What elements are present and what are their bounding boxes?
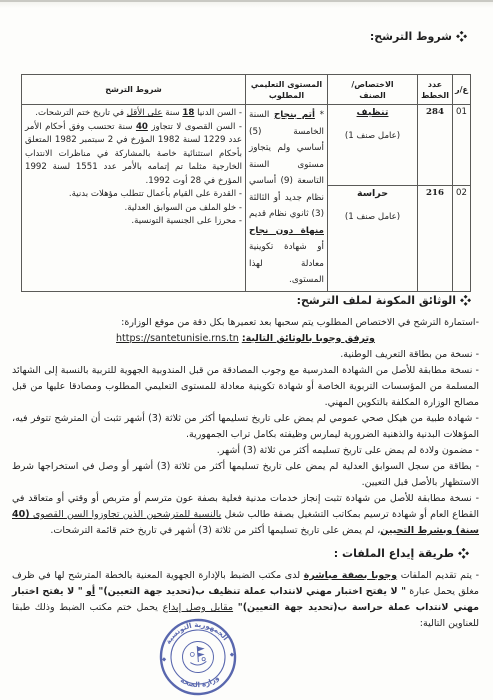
text-segment: - مضمون ولادة لم يمض على تاريخ تسليمه أك… <box>217 445 479 456</box>
column-header-row-number: ع/ر <box>453 75 471 105</box>
section-marker-icon <box>460 295 471 306</box>
condition-line: - محرزا على الجنسية التونسية. <box>25 215 242 229</box>
text-segment: https://santetunisie.rns.tn <box>116 333 239 344</box>
text-segment: ، لم يمض على تاريخ تسليمها أكثر من ثلاثة… <box>50 525 380 536</box>
condition-line: - السن الدنيا 18 سنة على الأقل في تاريخ … <box>25 107 242 121</box>
text-segment: -استمارة الترشح في الاختصاص المطلوب يتم … <box>121 317 479 328</box>
text-segment: - محرزا على الجنسية التونسية. <box>131 216 242 226</box>
text-segment: " لا يفتح اختبار مهني لانتداب عملة تنظيف… <box>98 586 406 597</box>
specialty-grade: (عامل صنف 1) <box>345 131 400 141</box>
column-header-posts-count: عدد الخطط <box>418 75 453 105</box>
text-segment: أو شهادة تكوينية معادلة لهذا المستوى. <box>249 242 324 285</box>
text-segment: أو <box>86 586 95 597</box>
section-title-text: الوثائق المكونة لملف الترشح: <box>297 294 456 307</box>
text-segment: - السن الدنيا <box>194 108 242 118</box>
table-header-row: ع/ر عدد الخطط الاختصاص/ الصنف المستوى ال… <box>22 75 471 105</box>
text-segment: منهاة دون نجاح <box>249 226 324 236</box>
row-number-cell: 02 <box>453 186 471 291</box>
specialty-name: تنظيف <box>357 107 389 118</box>
posts-count-cell: 284 <box>418 105 453 186</box>
ministry-website-line: وترفق وجوبا بالوثائق التالية: https://sa… <box>12 331 479 347</box>
conditions-cell: - السن الدنيا 18 سنة على الأقل في تاريخ … <box>22 105 246 292</box>
condition-line: - خلو الملف من السوابق العدلية. <box>25 202 242 216</box>
text-segment: 18 <box>182 108 194 118</box>
text-segment: على الأقل <box>127 108 163 118</box>
document-item: - نسخة مطابقة للأصل من الشهادة المدرسية … <box>12 363 479 411</box>
document-item: - نسخة مطابقة للأصل من شهادة تثبت إنجاز … <box>12 491 479 539</box>
recruitment-table: ع/ر عدد الخطط الاختصاص/ الصنف المستوى ال… <box>21 74 471 292</box>
column-header-education-level: المستوى التعليمي المطلوب <box>246 75 328 105</box>
column-header-conditions: شروط الترشح <box>22 75 246 105</box>
svg-text:وزارة الصحة: وزارة الصحة <box>178 674 221 691</box>
text-segment: 40 <box>136 122 148 132</box>
text-segment: - يتم تقديم الملفات <box>397 570 479 581</box>
text-segment: - شهادة طبية من هيكل صحي عمومي لم يمض عل… <box>12 413 479 440</box>
document-item: - نسخة من بطاقة التعريف الوطنية. <box>12 347 479 363</box>
specialty-grade: (عامل صنف 1) <box>345 212 400 222</box>
text-segment: وجوبا بصفة مباشرة <box>304 570 397 581</box>
submission-section-body: - يتم تقديم الملفات وجوبا بصفة مباشرة لد… <box>12 568 479 632</box>
text-segment: أتم بنجاح <box>274 110 315 120</box>
stamp-bottom-text: وزارة الصحة <box>178 674 221 691</box>
section-title-candidacy-conditions: شروط الترشح: <box>370 30 467 43</box>
text-segment: - نسخة من بطاقة التعريف الوطنية. <box>340 349 479 360</box>
text-segment: سنة <box>163 108 183 118</box>
section-title-text: شروط الترشح: <box>370 30 452 43</box>
document-item: - شهادة طبية من هيكل صحي عمومي لم يمض عل… <box>12 411 479 443</box>
table-row: 01 284 تنظيف (عامل صنف 1) * أتم بنجاح ال… <box>22 105 471 186</box>
condition-line: - السن القصوى لا تتجاوز 40 سنة تحتسب وفق… <box>25 121 242 189</box>
specialty-cell: تنظيف (عامل صنف 1) <box>328 105 418 186</box>
text-segment: بالنسبة للمترشحين الذين تجاوزوا السن الق… <box>30 509 222 520</box>
column-header-specialty: الاختصاص/ الصنف <box>328 75 418 105</box>
section-title-file-submission: طريقة إيداع الملفات : <box>334 547 469 560</box>
row-number-cell: 01 <box>453 105 471 186</box>
text-segment: - خلو الملف من السوابق العدلية. <box>125 203 243 213</box>
education-level-cell: * أتم بنجاح السنة الخامسة (5) أساسي ولم … <box>246 105 328 292</box>
documents-intro-line: -استمارة الترشح في الاختصاص المطلوب يتم … <box>12 315 479 331</box>
text-segment: - القدرة على القيام بأعمال تتطلب مؤهلات … <box>69 189 242 199</box>
text-segment: في تاريخ ختم الترشحات. <box>35 108 126 118</box>
document-item: - بطاقة من سجل السوابق العدلية لم يمض عل… <box>12 459 479 491</box>
specialty-cell: حراسة (عامل صنف 1) <box>328 186 418 291</box>
text-segment: - السن القصوى لا تتجاوز <box>148 122 242 132</box>
section-title-application-documents: الوثائق المكونة لملف الترشح: <box>297 294 471 307</box>
text-segment: السنة الخامسة (5) أساسي ولم يتجاوز مستوى… <box>249 110 324 219</box>
education-level-text: * أتم بنجاح السنة الخامسة (5) أساسي ولم … <box>249 107 324 289</box>
section-marker-icon <box>456 31 467 42</box>
text-segment: - نسخة مطابقة للأصل من الشهادة المدرسية … <box>12 365 479 408</box>
section-title-text: طريقة إيداع الملفات : <box>334 547 454 560</box>
text-segment: وترفق وجوبا بالوثائق التالية: <box>242 333 375 344</box>
specialty-name: حراسة <box>357 188 388 199</box>
text-segment: * <box>315 110 324 120</box>
document-item: - مضمون ولادة لم يمض على تاريخ تسليمه أك… <box>12 443 479 459</box>
scanned-document-page: شروط الترشح: ع/ر عدد الخطط الاختصاص/ الص… <box>0 0 493 700</box>
documents-section-body: -استمارة الترشح في الاختصاص المطلوب يتم … <box>12 315 479 539</box>
official-stamp-icon: الجمهورية التونسية وزارة الصحة <box>147 609 249 700</box>
text-segment: - بطاقة من سجل السوابق العدلية لم يمض عل… <box>12 461 479 488</box>
submission-paragraph: - يتم تقديم الملفات وجوبا بصفة مباشرة لد… <box>12 568 479 632</box>
section-marker-icon <box>458 548 469 559</box>
posts-count-cell: 216 <box>418 186 453 291</box>
condition-line: - القدرة على القيام بأعمال تتطلب مؤهلات … <box>25 188 242 202</box>
